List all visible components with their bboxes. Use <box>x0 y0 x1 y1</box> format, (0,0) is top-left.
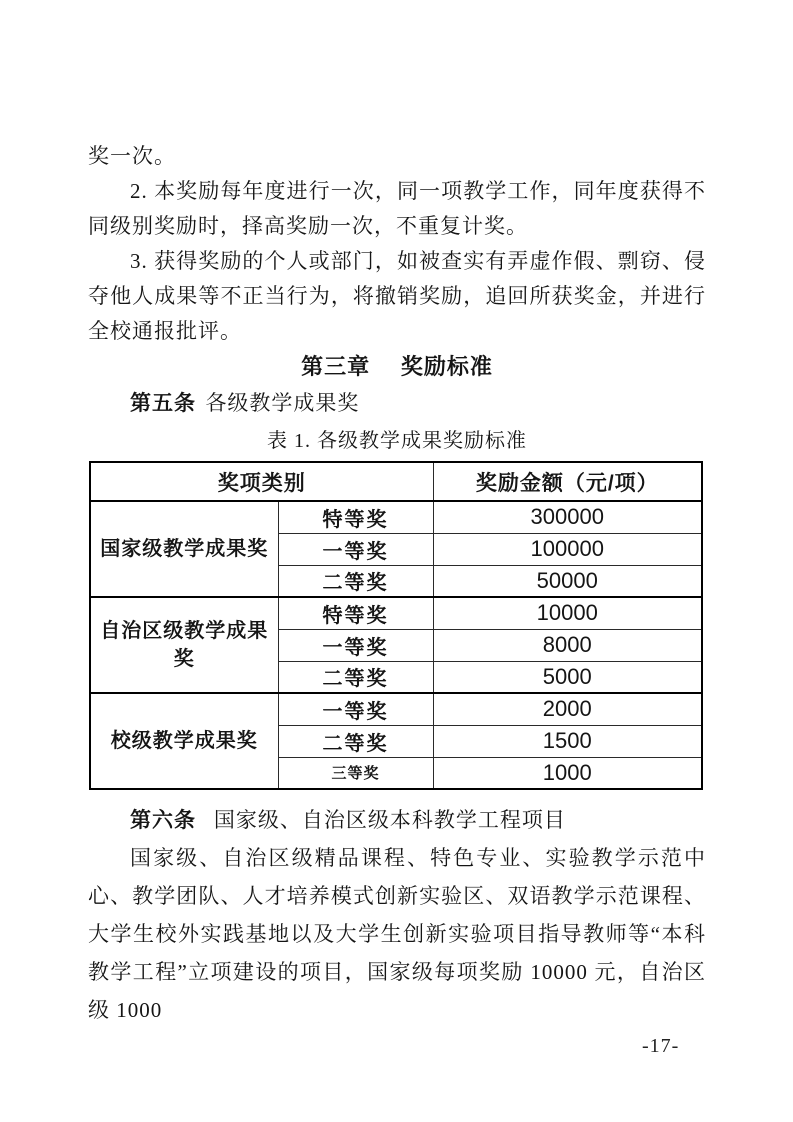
amount-cell: 2000 <box>433 693 702 725</box>
article-5-line: 第五条各级教学成果奖 <box>88 385 706 422</box>
table-caption: 表 1. 各级教学成果奖励标准 <box>88 423 706 459</box>
table-header-row: 奖项类别 奖励金额（元/项） <box>90 462 702 501</box>
group-name-national: 国家级教学成果奖 <box>90 501 278 597</box>
level-cell: 一等奖 <box>278 533 433 565</box>
chapter-title: 奖励标准 <box>401 354 493 379</box>
amount-cell: 1500 <box>433 725 702 757</box>
level-cell: 二等奖 <box>278 565 433 597</box>
table-row: 国家级教学成果奖 特等奖 300000 <box>90 501 702 533</box>
amount-cell: 50000 <box>433 565 702 597</box>
article-6-label: 第六条 <box>130 809 196 832</box>
article-6-body: 国家级、自治区级精品课程、特色专业、实验教学示范中心、教学团队、人才培养模式创新… <box>88 839 706 1029</box>
amount-cell: 8000 <box>433 629 702 661</box>
chapter-heading: 第三章奖励标准 <box>88 349 706 385</box>
chapter-number: 第三章 <box>301 354 370 379</box>
level-cell: 三等奖 <box>278 757 433 789</box>
page-number: -17- <box>642 1035 679 1058</box>
level-cell: 一等奖 <box>278 629 433 661</box>
level-cell: 二等奖 <box>278 661 433 693</box>
amount-cell: 10000 <box>433 597 702 629</box>
article-5-label: 第五条 <box>130 392 196 415</box>
amount-cell: 300000 <box>433 501 702 533</box>
document-page: 奖一次。 2. 本奖励每年度进行一次，同一项教学工作，同年度获得不同级别奖励时，… <box>0 0 793 1122</box>
level-cell: 一等奖 <box>278 693 433 725</box>
amount-cell: 100000 <box>433 533 702 565</box>
level-cell: 特等奖 <box>278 501 433 533</box>
header-amount: 奖励金额（元/项） <box>433 462 702 501</box>
amount-cell: 1000 <box>433 757 702 789</box>
award-standards-table: 奖项类别 奖励金额（元/项） 国家级教学成果奖 特等奖 300000 一等奖 1… <box>89 461 703 790</box>
article-6-title: 国家级、自治区级本科教学工程项目 <box>214 808 566 832</box>
level-cell: 二等奖 <box>278 725 433 757</box>
level-cell: 特等奖 <box>278 597 433 629</box>
article-6-line: 第六条国家级、自治区级本科教学工程项目 <box>88 802 706 839</box>
article-5-title: 各级教学成果奖 <box>205 391 359 415</box>
amount-cell: 5000 <box>433 661 702 693</box>
table-row: 自治区级教学成果奖 特等奖 10000 <box>90 597 702 629</box>
paragraph-item-2: 2. 本奖励每年度进行一次，同一项教学工作，同年度获得不同级别奖励时，择高奖励一… <box>88 174 706 244</box>
paragraph-continuation: 奖一次。 <box>88 139 706 174</box>
group-name-school: 校级教学成果奖 <box>90 693 278 789</box>
group-name-region: 自治区级教学成果奖 <box>90 597 278 693</box>
header-category: 奖项类别 <box>90 462 433 501</box>
page-content: 奖一次。 2. 本奖励每年度进行一次，同一项教学工作，同年度获得不同级别奖励时，… <box>88 139 706 1029</box>
table-row: 校级教学成果奖 一等奖 2000 <box>90 693 702 725</box>
paragraph-item-3: 3. 获得奖励的个人或部门，如被查实有弄虚作假、剽窃、侵夺他人成果等不正当行为，… <box>88 244 706 349</box>
